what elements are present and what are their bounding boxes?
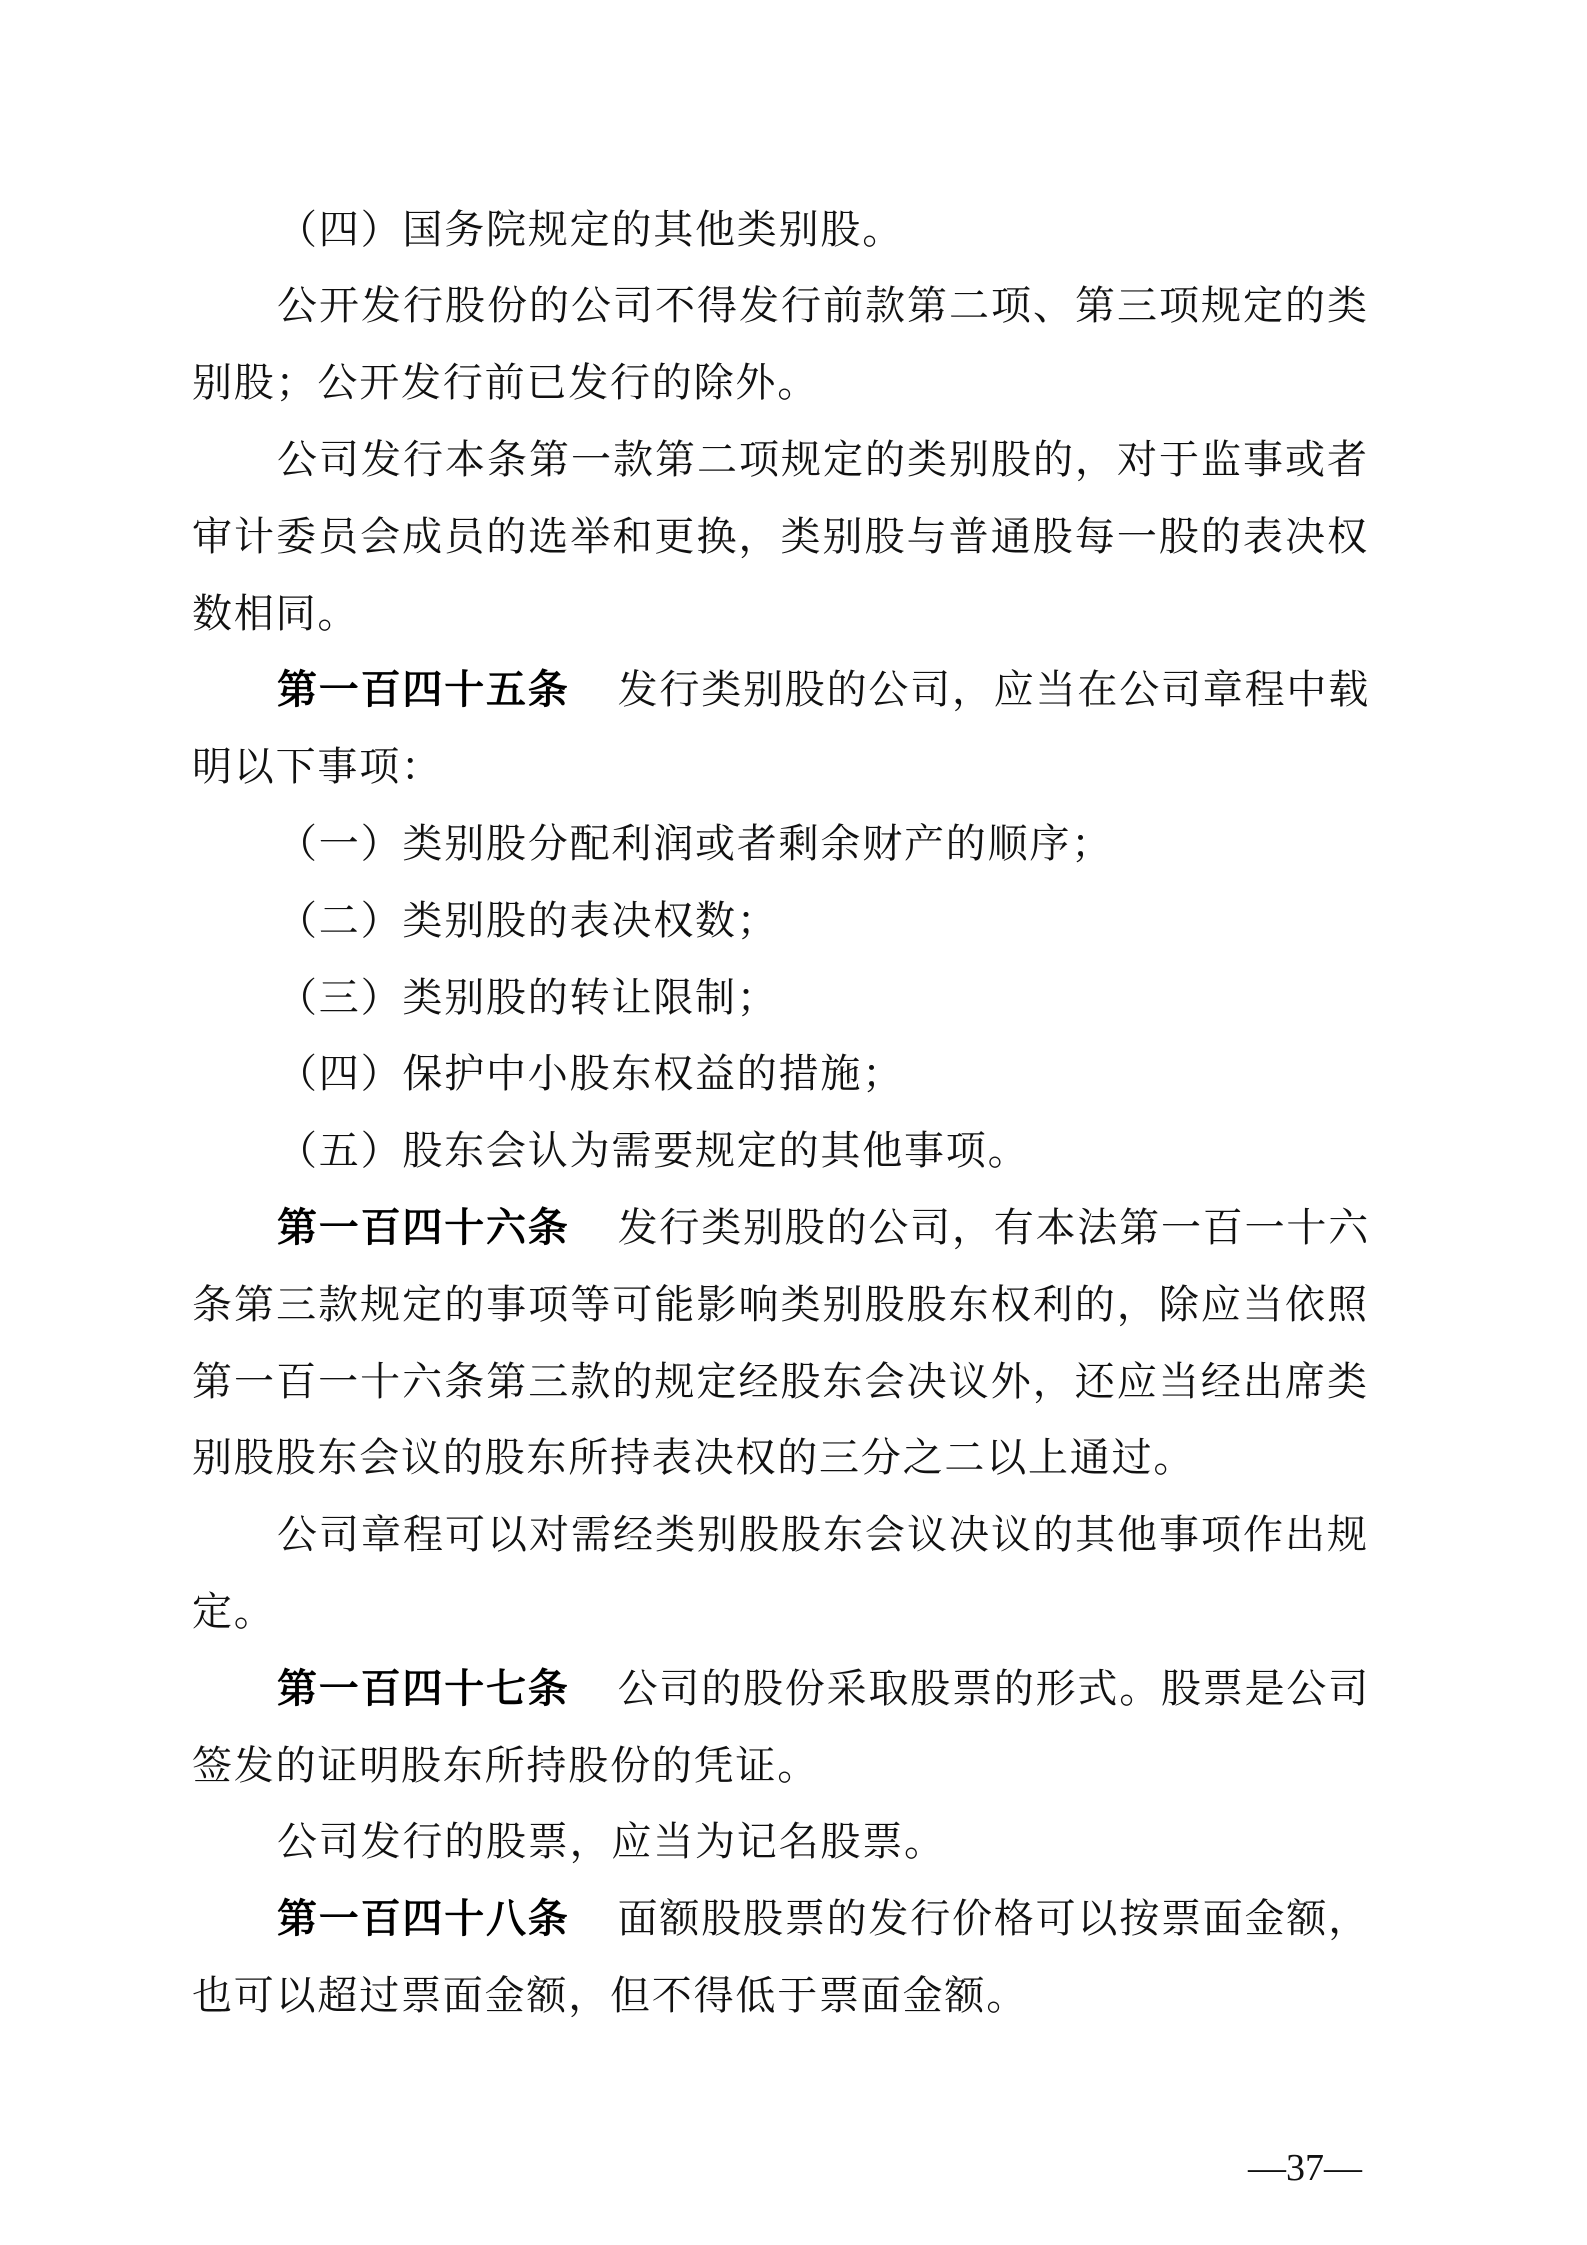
text-line: 条第三款规定的事项等可能影响类别股股东权利的，除应当依照: [192, 1267, 1367, 1344]
text-line: 数相同。: [192, 576, 359, 653]
article-146-line: 第一百四十六条发行类别股的公司，有本法第一百一十六: [277, 1190, 1370, 1267]
text-line: （四）国务院规定的其他类别股。: [277, 192, 904, 269]
article-145-line: 第一百四十五条发行类别股的公司，应当在公司章程中载: [277, 652, 1370, 729]
text-line: 公司章程可以对需经类别股股东会议决议的其他事项作出规: [277, 1497, 1367, 1574]
article-147-line: 第一百四十七条公司的股份采取股票的形式。股票是公司: [277, 1651, 1370, 1728]
text-line: 签发的证明股东所持股份的凭证。: [192, 1728, 819, 1805]
text-line: 审计委员会成员的选举和更换，类别股与普通股每一股的表决权: [192, 499, 1367, 576]
page-number: —37—: [1240, 2140, 1370, 2196]
list-item: （五）股东会认为需要规定的其他事项。: [277, 1113, 1029, 1190]
text-line: 公司发行本条第一款第二项规定的类别股的，对于监事或者: [277, 422, 1367, 499]
article-148-line: 第一百四十八条面额股股票的发行价格可以按票面金额，: [277, 1881, 1370, 1958]
text-line: 定。: [192, 1574, 276, 1651]
text-line: 别股；公开发行前已发行的除外。: [192, 345, 819, 422]
list-item: （一）类别股分配利润或者剩余财产的顺序；: [277, 806, 1113, 883]
document-page: （四）国务院规定的其他类别股。 公开发行股份的公司不得发行前款第二项、第三项规定…: [0, 0, 1587, 2245]
article-heading-148: 第一百四十八条: [277, 1896, 570, 1942]
article-heading-146: 第一百四十六条: [277, 1205, 570, 1251]
article-text: 发行类别股的公司，有本法第一百一十六: [618, 1205, 1370, 1251]
list-item: （四）保护中小股东权益的措施；: [277, 1036, 904, 1113]
article-text: 面额股股票的发行价格可以按票面金额，: [618, 1896, 1370, 1942]
article-text: 发行类别股的公司，应当在公司章程中载: [618, 667, 1370, 713]
text-line: 也可以超过票面金额，但不得低于票面金额。: [192, 1958, 1028, 2035]
text-line: 明以下事项：: [192, 729, 443, 806]
article-heading-145: 第一百四十五条: [277, 667, 570, 713]
text-line: 别股股东会议的股东所持表决权的三分之二以上通过。: [192, 1420, 1195, 1497]
text-line: 第一百一十六条第三款的规定经股东会决议外，还应当经出席类: [192, 1344, 1367, 1421]
text-line: 公开发行股份的公司不得发行前款第二项、第三项规定的类: [277, 268, 1367, 345]
article-heading-147: 第一百四十七条: [277, 1666, 570, 1712]
text-line: 公司发行的股票，应当为记名股票。: [277, 1804, 946, 1881]
article-text: 公司的股份采取股票的形式。股票是公司: [618, 1666, 1370, 1712]
list-item: （二）类别股的表决权数；: [277, 883, 779, 960]
list-item: （三）类别股的转让限制；: [277, 960, 779, 1037]
